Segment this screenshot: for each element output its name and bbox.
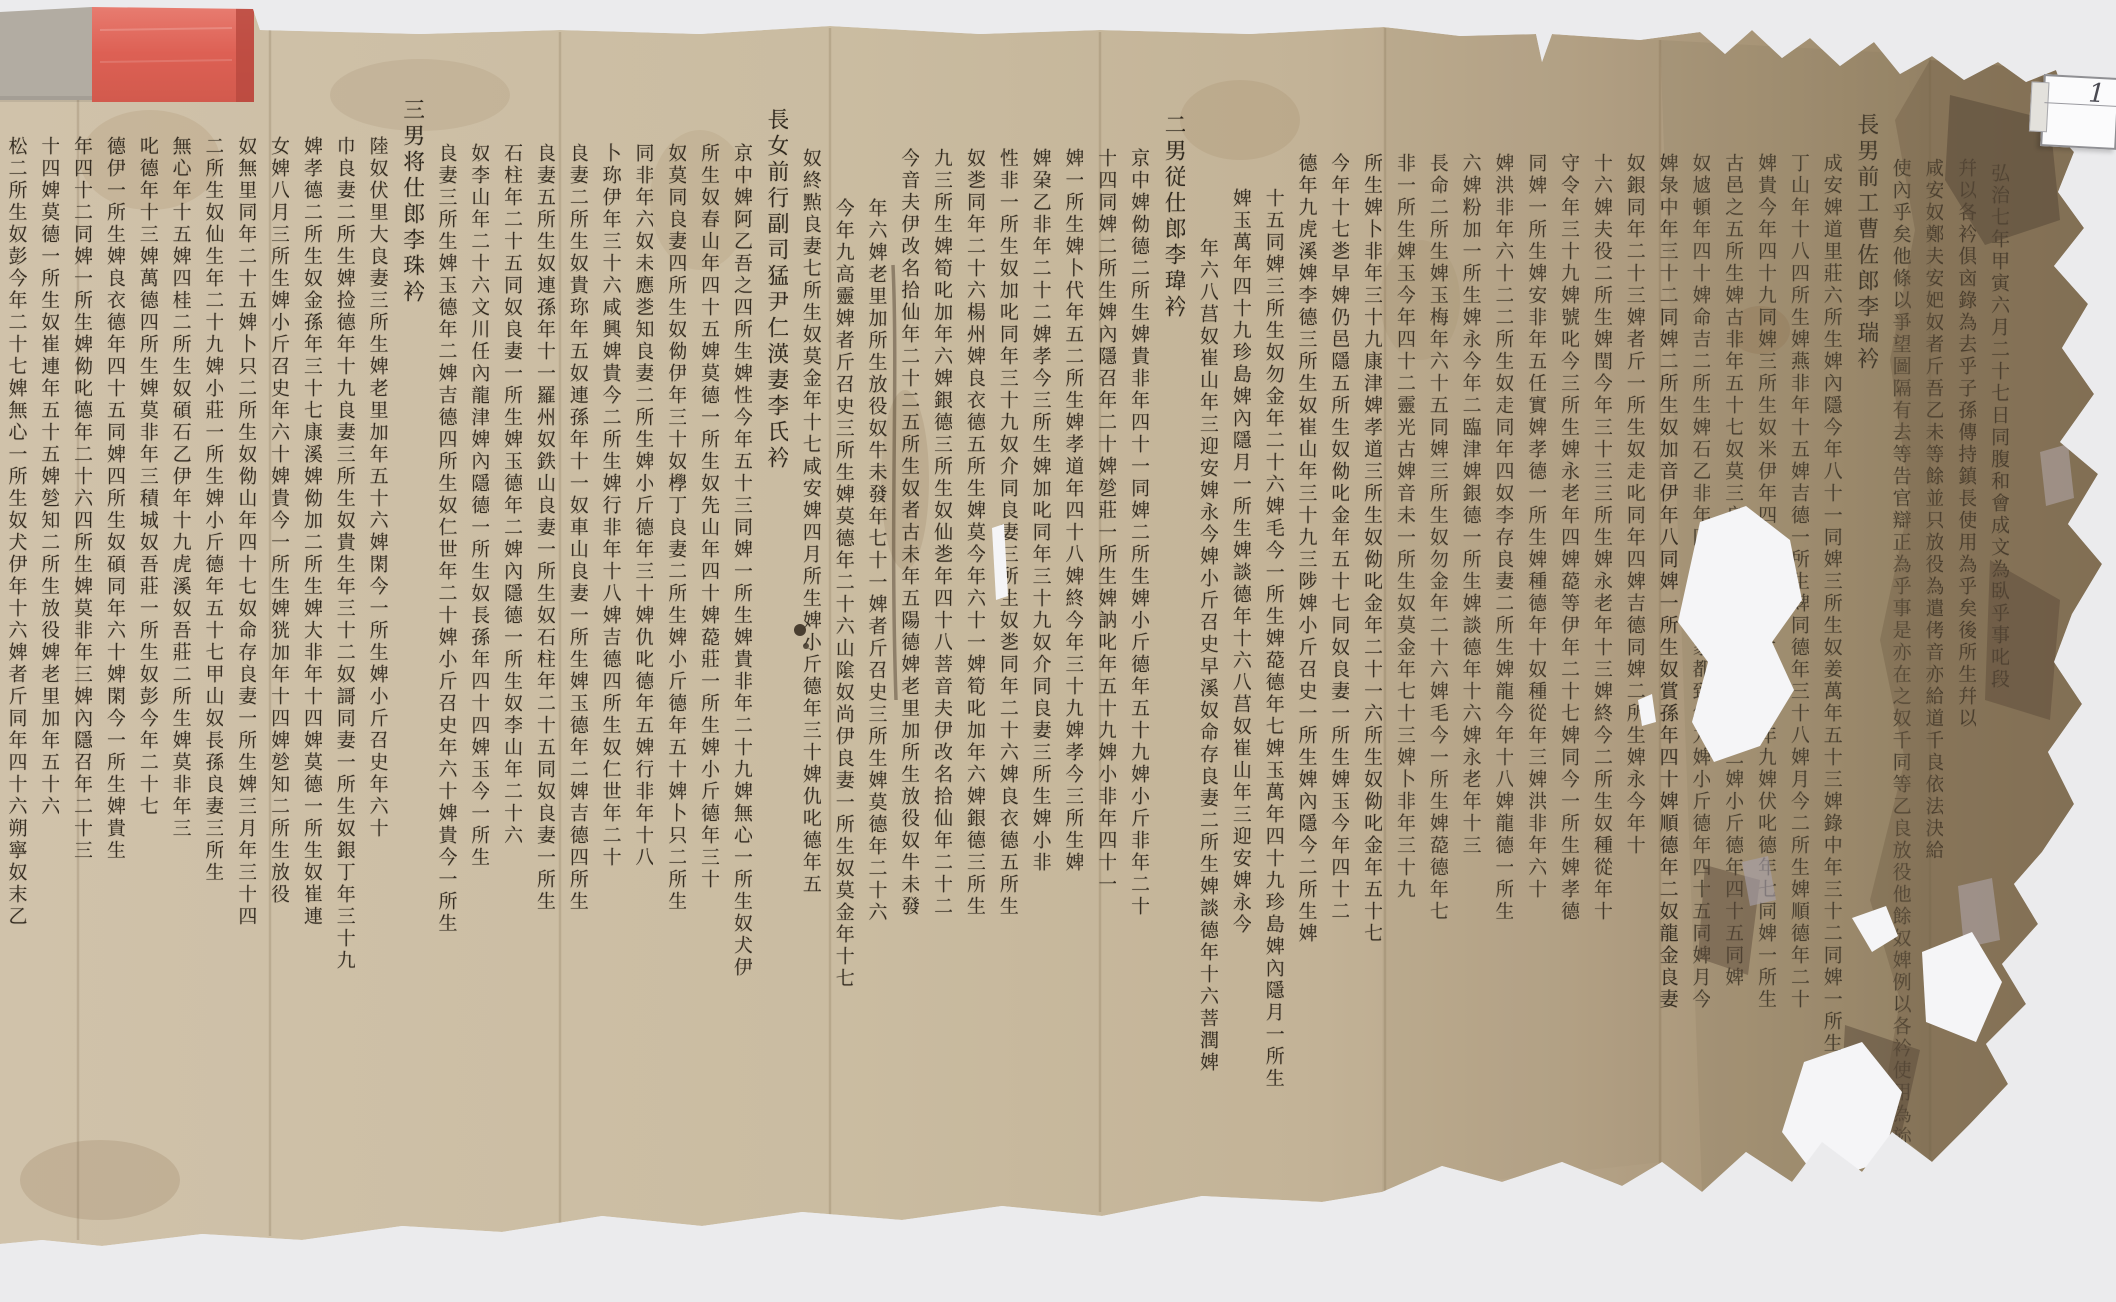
text-column: 長命二所生婢玉梅年六十五同婢三所生奴勿金年二十六婢毛今一所生婢㗡德年七 [1427, 58, 1448, 923]
text-column: 陸奴伏里大良妻三所生婢老里加年五十六婢閑今一所生婢小斤召史年六十 [367, 58, 388, 840]
section-header-column: 二男従仕郎李瑋衿 [1161, 58, 1185, 321]
text-column: 德伊一所生婢良衣德年四十五同婢四所生奴碩同年六十婢閑今一所生婢貴生 [104, 58, 125, 862]
text-column: 婢洪非年六十二二所生奴走同年四奴李存良妻二所生婢龍今年十八婢龍德一所生 [1493, 58, 1514, 923]
text-column: 石柱年二十五同奴良妻一所生婢玉德年二婢內隱德一所生奴李山年二十六 [502, 58, 523, 847]
text-column: 叱德年十三婢萬德四所生婢莫非年三積城奴吾莊一所生奴彭今年二十七 [137, 58, 158, 818]
text-column: 咸安奴鄭夫安妑奴者斤吾乙未等餘並只放役為遣侤音亦給道千良依法決給 [1923, 58, 1944, 862]
text-column: 松二所生奴彭今年二十七婢無心一所生奴犬伊年十六婢者斤同年四十六朔寧奴末乙 [6, 58, 27, 928]
text-column: 婢貴今年四十九同婢三所生奴米伊年四婢閏德一所生婢莫今年九婢伏叱德年七同婢一所生 [1756, 58, 1777, 1011]
text-column: 古邑之五所生婢古非年五十七奴莫三良妻二所生婢吉德年二十二婢小斤德年四十五同婢 [1723, 58, 1744, 989]
text-column: 六婢粉加一所生婢永今年二臨津婢銀德一所生婢談德年十六婢永老年十三 [1460, 58, 1481, 857]
manuscript-text-columns: 弘治七年甲寅六月二十七日同腹和會成文為臥乎事叱段幷以各衿俱㐫錄為去乎子孫傳持鎮長… [6, 58, 2010, 1208]
text-column: 十四婢莫德一所生奴崔連年五十五婢乻知二所生放役婢老里加年五十六 [39, 58, 60, 818]
text-column: 年四十二同婢一所生婢㑃叱德年二十六四所生婢莫非年三婢內隱召年二十三 [72, 58, 93, 862]
text-column: 良妻三所生婢玉德年二婢吉德四所生奴仁世年二十婢小斤召史年六十婢貴今一所生 [436, 58, 457, 935]
archive-photo: 弘治七年甲寅六月二十七日同腹和會成文為臥乎事叱段幷以各衿俱㐫錄為去乎子孫傳持鎮長… [0, 0, 2116, 1302]
text-column: 成安婢道里莊六所生婢內隱今年八十一同婢三所生奴姜萬年五十三婢錄中年三十二同婢一所… [1821, 58, 1842, 1055]
text-column: 婢一所生婢卜代年五二所生婢孝道年四十八婢終今年三十九婢孝今三所生婢 [1063, 58, 1084, 874]
text-column: 奴李山年二十六文川任內龍津婢內隱德一所生奴長孫年四十四婢玉今一所生 [469, 58, 490, 869]
text-column: 同婢一所生婢安非年五任實婢孝德一所生婢種德年十奴種從年三婢洪非年六十 [1526, 58, 1547, 901]
text-column: 良妻二所生奴貴珎年五奴連孫年十一奴車山良妻一所生婢玉德年二婢吉德四所生 [567, 58, 588, 913]
text-column: 奴終㸃良妻七所生奴莫金年十七咸安婢四月所生婢小斤德年三十婢仇叱德年五 [800, 58, 821, 896]
text-column: 年六八莒奴崔山年三迎安婢永今婢小斤召史早溪奴命存良妻二所生婢談德年十六菩潤婢 [1198, 58, 1219, 1074]
text-column: 巾良妻二所生婢捡德年十九良妻三所生奴貴生年三十二奴謌同妻一所生奴銀丁年三十九 [334, 58, 355, 972]
archive-label-fold [2029, 81, 2050, 132]
text-column: 弘治七年甲寅六月二十七日同腹和會成文為臥乎事叱段 [1989, 58, 2010, 691]
text-column: 十五同婢三所生奴勿金年二十六婢毛今一所生婢㗡德年七婢玉萬年四十九珍島婢內隱月一所… [1263, 58, 1284, 1090]
text-column: 奴㐘同年二十六楊州婢良衣德五所生婢莫今年六十一婢筍叱加年六婢銀德三所生 [964, 58, 985, 918]
text-column: 年六婢老里加所生放役奴牛未發年七十一婢者斤召史三所生婢莫德年二十六 [866, 58, 887, 924]
text-column: 無心年十五婢四桂二所生奴碩石乙伊年十九虎溪奴吾莊二所生婢莫非年三 [170, 58, 191, 840]
text-column: 使內乎矣他條以爭望圖隔有去等告官辯正為乎事是亦在之奴千同等乙良放役他餘奴婢例以各… [1890, 58, 1911, 1208]
text-column: 婢㭆乙非年二十二婢孝今三所生婢加叱同年三十九奴介同良妻三所生婢小非 [1030, 58, 1051, 874]
text-column: 奴莫同良妻四所生奴㑃伊年三十奴㰒丁良妻二所生婢小斤德年五十婢卜只二所生 [666, 58, 687, 913]
text-column: 所生婢卜非年三十九康津婢孝道三所生奴㑃叱金年二十一六所生奴㑃叱金年五十七 [1362, 58, 1383, 945]
text-column: 守令年三十九婢號叱今三所生婢永老年四婢㗡等伊年二十七婢同今一所生婢孝德 [1559, 58, 1580, 923]
text-column: 今音夫伊改名拾仙年二十二五所生奴者古未年五陽德婢老里加所生放役奴牛未發 [899, 58, 920, 918]
text-column: 婢孝德二所生奴金孫年三十七康溪婢㑃加二所生婢大非年十四婢莫德一所生奴崔連 [301, 58, 322, 928]
text-column: 德年九虎溪婢李德三所生奴崔山年三十九三陟婢小斤召史一所生婢內隱今二所生婢 [1296, 58, 1317, 945]
text-column: 婢玉萬年四十九珍島婢內隱月一所生婢談德年十六八莒奴崔山年三迎安婢永今 [1230, 58, 1251, 936]
text-column: 卜珎伊年三十六咸興婢貴今二所生婢行非年十八婢吉德四所生奴仁世年二十 [600, 58, 621, 869]
text-column: 婢彔中年三十二同婢二所生奴加音伊年八同婢一所生奴賞孫年四十婢順德年二奴龍金良妻 [1657, 58, 1678, 1011]
text-column: 二所生奴仙生年二十九婢小莊一所生婢小斤德年五十七甲山奴長孫良妻三所生 [203, 58, 224, 884]
text-column: 性非一所生奴加叱同年三十九奴介同良妻三所生奴㐘同年二十六婢良衣德五所生 [997, 58, 1018, 918]
text-column: 九三所生婢筍叱加年六婢銀德三所生奴仙㐘年四十八菩音夫伊改名拾仙年二十二 [932, 58, 953, 918]
section-header-column: 長女前行副司猛尹仁渶妻李氏衿 [764, 58, 788, 472]
text-column: 所生奴春山年四十五婢莫德一所生奴先山年四十婢㗡莊一所生婢小斤德年三十 [699, 58, 720, 891]
text-column: 奴銀同年二十三婢者斤一所生奴走叱同年四婢吉德同婢二所生婢永今年十 [1624, 58, 1645, 857]
section-header-column: 長男前工曹佐郎李瑞衿 [1854, 58, 1878, 373]
archive-label: 1 [2040, 74, 2116, 150]
text-column: 同非年六奴未應㐘知良妻二所生婢小斤德年三十婢仇叱德年五婢行非年十八 [633, 58, 654, 869]
section-header-column: 三男将仕郎李珠衿 [400, 58, 424, 306]
text-column: 十四同婢二所生婢內隱召年二十婢乻莊一所生婢訥叱年五十九婢小非年四十一 [1096, 58, 1117, 896]
text-column: 京中婢阿乙吾之四所生婢性今年五十三同婢一所生婢貴非年二十九婢無心一所生奴犬伊 [731, 58, 752, 979]
text-column: 今年九高靈婢者斤召史三所生婢莫德年二十六山隂奴尚伊良妻一所生奴莫金年十七 [833, 58, 854, 990]
text-column: 京中婢㑃德二所生婢貴非年四十一同婢二所生婢小斤德年五十九婢小斤非年二十 [1129, 58, 1150, 918]
text-column: 奴㝿頓年四十婢命吉二所生婢石乙非年四三所生奴家都致年九婢小斤德年四十五同婢月今 [1690, 58, 1711, 1011]
text-column: 丁山年十八四所生婢燕非年十五婢吉德一所生婢同德年三十八婢月今二所生婢順德年二十 [1788, 58, 1809, 1011]
text-column: 奴無里同年二十五婢卜只二所生奴㑃山年四十七奴命存良妻一所生婢三月年三十四 [236, 58, 257, 928]
text-column: 非一所生婢玉今年四十二靈光古婢音未一所生奴莫金年七十三婢卜非年三十九 [1394, 58, 1415, 901]
text-column: 良妻五所生奴連孫年十一羅州奴鉄山良妻一所生奴石柱年二十五同奴良妻一所生 [534, 58, 555, 913]
text-column: 今年十七㐘早婢仍邑隱五所生奴㑃叱金年五十七同奴良妻一所生婢玉今年四十二 [1329, 58, 1350, 923]
text-column: 幷以各衿俱㐫錄為去乎子孫傳持鎮長使用為乎矣後所生幷以 [1956, 58, 1977, 730]
archive-label-number: 1 [2088, 78, 2106, 109]
text-column: 女婢八月三所生婢小斤召史年六十婢貴今一所生婢㹰加年十四婢乻知二所生放役 [269, 58, 290, 906]
text-column: 十六婢夫役二所生婢閏今年三十三三所生婢永老年十三婢終今二所生奴種從年十 [1591, 58, 1612, 923]
